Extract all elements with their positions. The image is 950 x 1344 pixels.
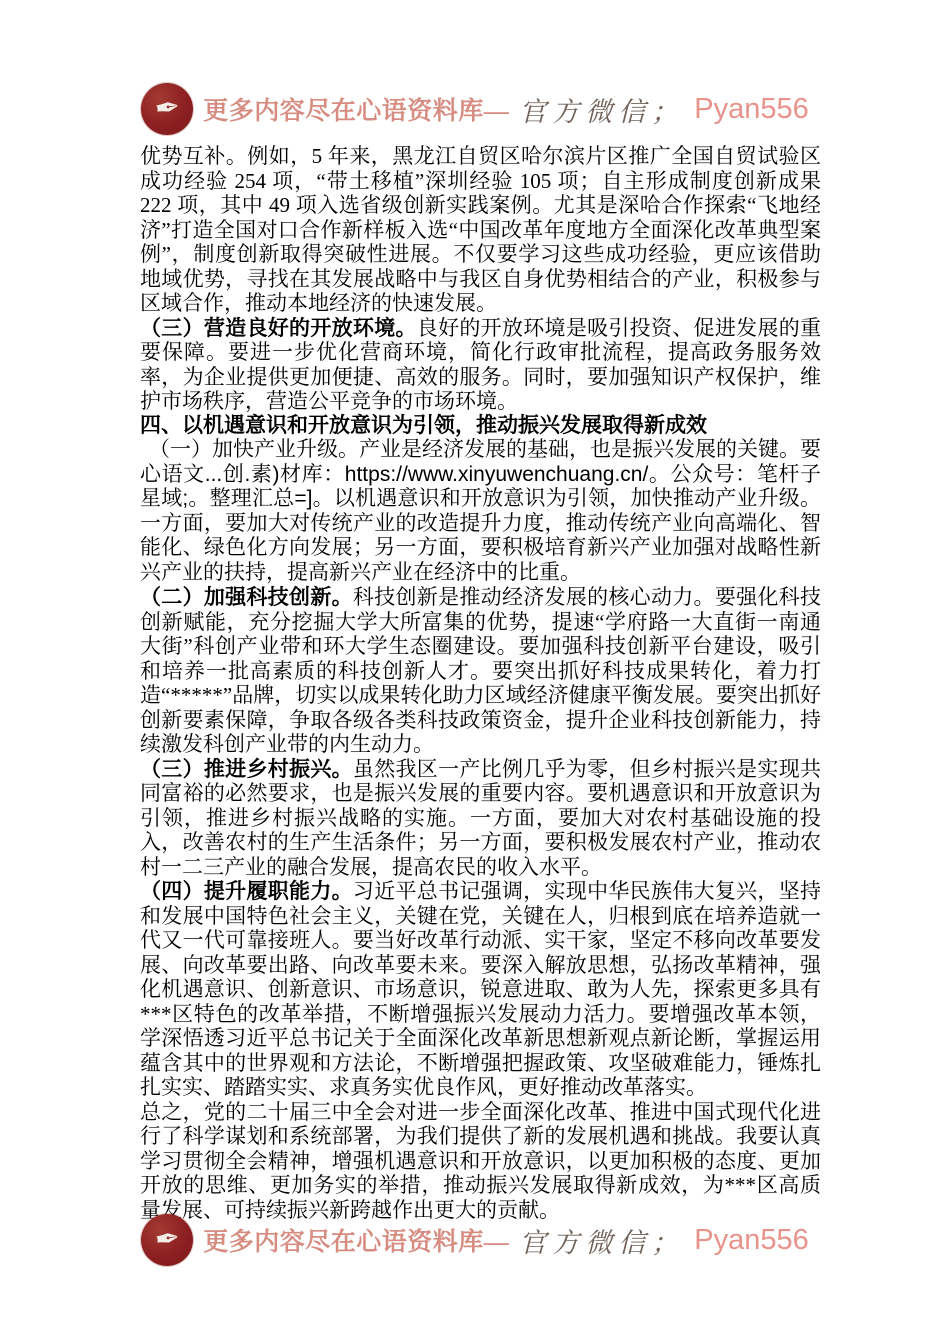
watermark-script-text: 官方微信； — [519, 90, 684, 129]
watermark-wechat-id: Pyan556 — [694, 1224, 809, 1257]
pen-nib-glyph: ✒ — [153, 92, 182, 125]
watermark-footer: ✒ 更多内容尽在心语资料库—官方微信；Pyan556 — [0, 1211, 950, 1269]
run-text: 习近平总书记强调，实现中华民族伟大复兴，坚持和发展中国特色社会主义，关键在党，关… — [140, 879, 821, 1099]
run-text: （一）加快产业升级。产业是经济发展的基础，也是振兴发展的关键。要心语文...创.… — [140, 438, 821, 584]
watermark-main-text: 更多内容尽在心语资料库— — [203, 1222, 509, 1258]
pen-logo-icon: ✒ — [141, 83, 193, 135]
watermark-header: ✒ 更多内容尽在心语资料库—官方微信；Pyan556 — [0, 80, 950, 138]
paragraph-conclusion: 总之，党的二十届三中全会对进一步全面深化改革、推进中国式现代化进行了科学谋划和系… — [140, 1100, 821, 1223]
run-bold: 四、以机遇意识和开放意识为引领，推动振兴发展取得新成效 — [140, 414, 707, 437]
run-text: 总之，党的二十届三中全会对进一步全面深化改革、推进中国式现代化进行了科学谋划和系… — [140, 1100, 821, 1222]
pen-nib-glyph: ✒ — [153, 1223, 182, 1256]
run-bold: （三）推进乡村振兴。 — [140, 757, 353, 781]
paragraph-rural-revitalization: （三）推进乡村振兴。虽然我区一产比例几乎为零，但乡村振兴是实现共同富裕的必然要求… — [140, 757, 821, 880]
run-bold: （四）提升履职能力。 — [140, 879, 353, 903]
pen-logo-icon: ✒ — [141, 1214, 193, 1266]
run-bold: （二）加强科技创新。 — [140, 585, 353, 609]
watermark-main-text: 更多内容尽在心语资料库— — [203, 91, 509, 127]
document-text-column: 优势互补。例如，5 年来，黑龙江自贸区哈尔滨片区推广全国自贸试验区成功经验 25… — [140, 144, 821, 1222]
run-text: 优势互补。例如，5 年来，黑龙江自贸区哈尔滨片区推广全国自贸试验区成功经验 25… — [140, 144, 821, 315]
document-page: ✒ 更多内容尽在心语资料库—官方微信；Pyan556 优势互补。例如，5 年来，… — [0, 0, 950, 1344]
run-bold: （三）营造良好的开放环境。 — [140, 316, 417, 340]
paragraph-industry-upgrade: （一）加快产业升级。产业是经济发展的基础，也是振兴发展的关键。要心语文...创.… — [140, 438, 821, 585]
paragraph-open-environment: （三）营造良好的开放环境。良好的开放环境是吸引投资、促进发展的重要保障。要进一步… — [140, 316, 821, 414]
watermark-wechat-id: Pyan556 — [694, 93, 809, 126]
paragraph-duty-capability: （四）提升履职能力。习近平总书记强调，实现中华民族伟大复兴，坚持和发展中国特色社… — [140, 879, 821, 1100]
run-text: 科技创新是推动经济发展的核心动力。要强化科技创新赋能，充分挖掘大学大所富集的优势… — [140, 585, 821, 756]
watermark-script-text: 官方微信； — [519, 1221, 684, 1260]
paragraph-continuation: 优势互补。例如，5 年来，黑龙江自贸区哈尔滨片区推广全国自贸试验区成功经验 25… — [140, 144, 821, 316]
paragraph-tech-innovation: （二）加强科技创新。科技创新是推动经济发展的核心动力。要强化科技创新赋能，充分挖… — [140, 585, 821, 757]
section-heading-four: 四、以机遇意识和开放意识为引领，推动振兴发展取得新成效 — [140, 414, 821, 439]
